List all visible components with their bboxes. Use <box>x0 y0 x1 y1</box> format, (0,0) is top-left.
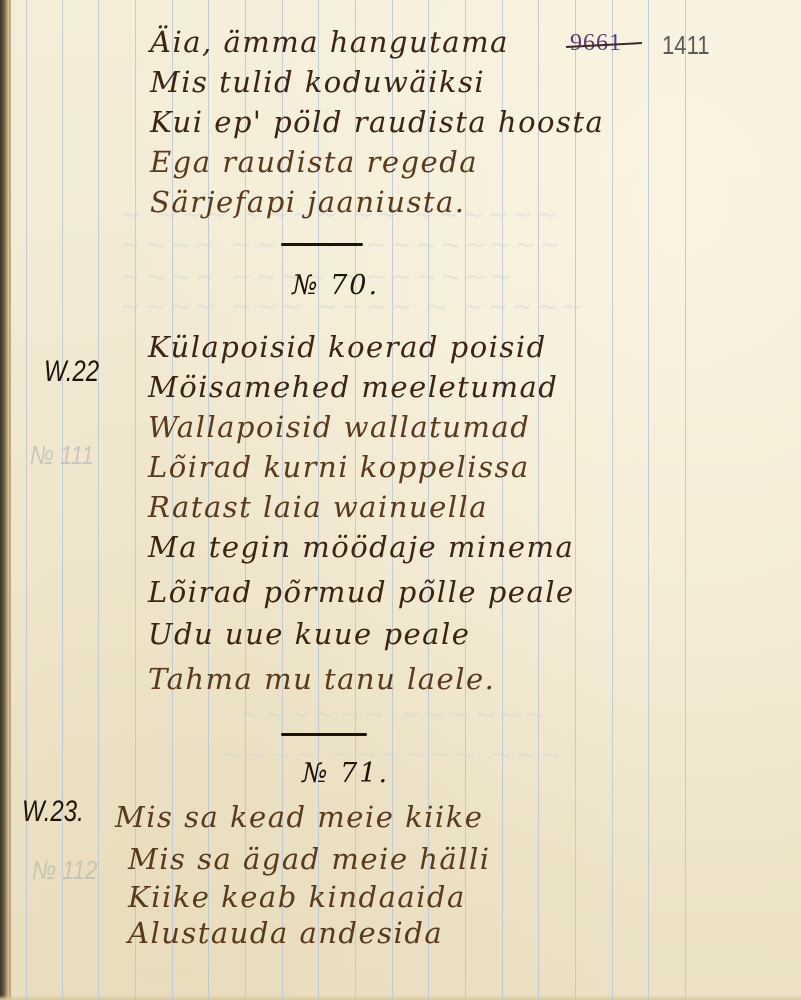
verse-line: Külapoisid koerad poisid <box>148 330 547 364</box>
section-divider <box>281 243 363 246</box>
ruled-line <box>62 0 63 1000</box>
verse-line: Lõirad põrmud põlle peale <box>148 575 575 609</box>
verse-line: Möisamehed meeletumad <box>148 370 558 404</box>
verse-line: Ratast laia wainuella <box>148 490 488 524</box>
verse-line: Wallapoisid wallatumad <box>148 410 530 444</box>
margin-reference: W.22 <box>44 355 99 389</box>
section-divider <box>281 733 367 736</box>
ruled-line <box>26 0 27 1000</box>
verse-line: Ega raudista regeda <box>150 145 478 179</box>
ruled-line <box>612 0 613 1000</box>
ruled-line <box>575 0 576 1000</box>
verse-line: Kiike keab kindaaida <box>128 880 466 914</box>
page-number: 1411 <box>662 30 710 61</box>
verse-line: Alustauda andesida <box>128 916 443 950</box>
manuscript-page: ~ ~~~ ~~~~ ~~ ~~~~~~ ~~~~ ~~ ~~~~~~~~~~~… <box>0 0 801 1000</box>
ruled-line <box>502 0 503 1000</box>
bleed-through-text: ~~~~ ~~~~~~ ~~~ <box>220 740 565 770</box>
verse-line: Mis tulid koduwäiksi <box>150 65 485 99</box>
song-number-heading: № 70. <box>292 270 379 301</box>
ruled-line <box>648 0 649 1000</box>
page-bottom-edge <box>0 995 801 1000</box>
verse-line: Mis sa kead meie kiike <box>115 800 483 834</box>
verse-line: Ma tegin möödaje minema <box>148 530 574 564</box>
verse-line: Kui ep' pöld raudista hoosta <box>150 105 604 139</box>
faint-pencil-reference: № 111 <box>30 440 94 471</box>
page-binding-edge <box>0 0 9 1000</box>
ruled-line <box>98 0 99 1000</box>
verse-line: Särjefapi jaaniusta. <box>150 185 466 219</box>
verse-line: Lõirad kurni koppelissa <box>148 450 530 484</box>
faint-pencil-reference: № 112 <box>32 855 97 886</box>
verse-line: Tahma mu tanu laele. <box>148 662 495 696</box>
song-number-heading: № 71. <box>302 758 389 789</box>
binding-crease <box>9 0 11 1000</box>
ruled-line <box>685 0 686 1000</box>
ruled-line <box>538 0 539 1000</box>
margin-reference: W.23. <box>22 795 84 829</box>
verse-line: Mis sa ägad meie hälli <box>128 842 491 876</box>
verse-line: Äia, ämma hangutama <box>150 25 509 59</box>
bleed-through-text: ~~~~~~ ~~~~~~ <box>240 700 549 730</box>
verse-line: Udu uue kuue peale <box>148 617 470 651</box>
